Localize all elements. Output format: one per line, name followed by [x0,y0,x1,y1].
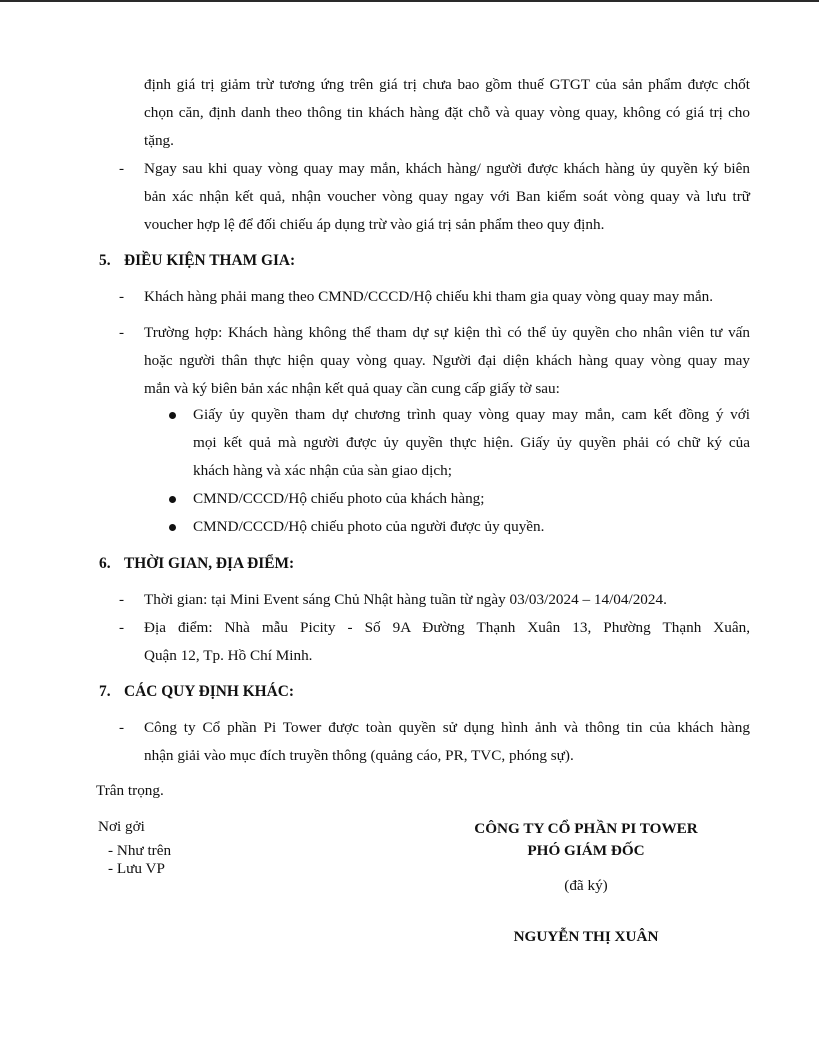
signed-note: (đã ký) [446,876,726,896]
company-name: CÔNG TY CỔ PHẦN PI TOWER [446,819,726,839]
dash-marker: - [119,718,124,738]
text-line: tặng. [144,131,174,151]
text-line: Địa điểm: Nhà mẫu Picity - Số 9A Đường T… [144,618,750,638]
section-heading: 6.THỜI GIAN, ĐỊA ĐIỂM: [99,554,294,574]
signer-name: NGUYỄN THỊ XUÂN [446,927,726,947]
text-line: khách hàng và xác nhận của sàn giao dịch… [193,461,452,481]
bullet-icon [169,496,176,503]
recipient-item: - Như trên [108,841,171,861]
text-line: CMND/CCCD/Hộ chiếu photo của khách hàng; [193,489,484,509]
section-title: CÁC QUY ĐỊNH KHÁC: [124,683,294,700]
section-number: 7. [99,682,124,702]
bullet-icon [169,412,176,419]
text-line: voucher hợp lệ để đối chiếu áp dụng trừ … [144,215,604,235]
text-line: Giấy ủy quyền tham dự chương trình quay … [193,405,750,425]
section-number: 5. [99,251,124,271]
dash-marker: - [119,159,124,179]
section-title: THỜI GIAN, ĐỊA ĐIỂM: [124,555,294,572]
text-line: Công ty Cổ phần Pi Tower được toàn quyền… [144,718,750,738]
text-line: nhận giải vào mục đích truyền thông (quả… [144,746,574,766]
section-title: ĐIỀU KIỆN THAM GIA: [124,252,295,269]
section-number: 6. [99,554,124,574]
page-top-border [0,0,819,2]
closing-text: Trân trọng. [96,781,164,801]
recipient-item: - Lưu VP [108,859,165,879]
text-line: Ngay sau khi quay vòng quay may mắn, khá… [144,159,750,179]
section-heading: 7.CÁC QUY ĐỊNH KHÁC: [99,682,294,702]
text-line: Khách hàng phải mang theo CMND/CCCD/Hộ c… [144,287,713,307]
dash-marker: - [119,618,124,638]
recipients-label: Nơi gởi [98,817,145,837]
text-line: mọi kết quả mà người được ủy quyền thực … [193,433,750,453]
text-line: định giá trị giảm trừ tương ứng trên giá… [144,75,750,95]
section-heading: 5.ĐIỀU KIỆN THAM GIA: [99,251,295,271]
dash-marker: - [119,287,124,307]
text-line: CMND/CCCD/Hộ chiếu photo của người được … [193,517,544,537]
dash-marker: - [119,323,124,343]
signer-position: PHÓ GIÁM ĐỐC [446,841,726,861]
text-line: Quận 12, Tp. Hồ Chí Minh. [144,646,312,666]
text-line: bản xác nhận kết quả, nhận voucher vòng … [144,187,750,207]
text-line: Thời gian: tại Mini Event sáng Chủ Nhật … [144,590,667,610]
text-line: chọn căn, định danh theo thông tin khách… [144,103,750,123]
text-line: Trường hợp: Khách hàng không thể tham dự… [144,323,750,343]
text-line: mắn và ký biên bản xác nhận kết quả quay… [144,379,560,399]
bullet-icon [169,524,176,531]
dash-marker: - [119,590,124,610]
text-line: hoặc người thân thực hiện quay vòng quay… [144,351,750,371]
